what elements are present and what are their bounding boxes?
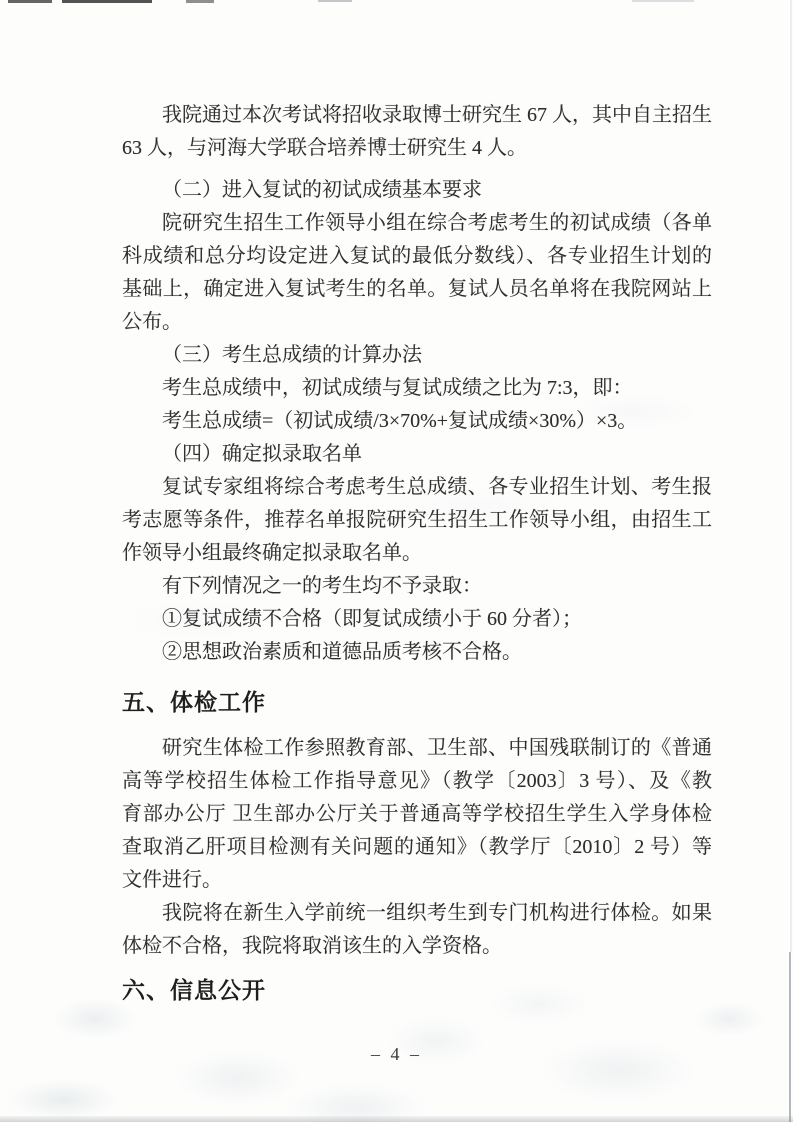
text-line: 院研究生招生工作领导小组在综合考虑考生的初试成绩（各单 bbox=[122, 207, 712, 240]
text-line: 科成绩和总分均设定进入复试的最低分数线）、各专业招生计划的 bbox=[122, 240, 712, 273]
text-line: 育部办公厅 卫生部办公厅关于普通高等学校招生学生入学身体检 bbox=[122, 798, 712, 831]
text-line: 基础上，确定进入复试考生的名单。复试人员名单将在我院网站上 bbox=[122, 273, 712, 306]
section-heading: 六、信息公开 bbox=[122, 973, 712, 1007]
text-line: （二）进入复试的初试成绩基本要求 bbox=[122, 174, 712, 207]
page-number: – 4 – bbox=[0, 1044, 793, 1064]
document-content: 我院通过本次考试将招收录取博士研究生 67 人，其中自主招生63 人，与河海大学… bbox=[122, 99, 712, 1007]
section-heading: 五、体检工作 bbox=[122, 685, 712, 719]
text-line: ②思想政治素质和道德品质考核不合格。 bbox=[122, 636, 712, 669]
text-line: （三）考生总成绩的计算办法 bbox=[122, 339, 712, 372]
text-line: ①复试成绩不合格（即复试成绩小于 60 分者）； bbox=[122, 603, 712, 636]
scanned-document-page: 我院通过本次考试将招收录取博士研究生 67 人，其中自主招生63 人，与河海大学… bbox=[0, 0, 793, 1122]
text-line: 我院将在新生入学前统一组织考生到专门机构进行体检。如果 bbox=[122, 897, 712, 930]
text-line: 高等学校招生体检工作指导意见》（教学〔2003〕3 号）、及《教 bbox=[122, 765, 712, 798]
text-line: 63 人，与河海大学联合培养博士研究生 4 人。 bbox=[122, 132, 712, 165]
text-line: 我院通过本次考试将招收录取博士研究生 67 人，其中自主招生 bbox=[122, 99, 712, 132]
text-line: 作领导小组最终确定拟录取名单。 bbox=[122, 537, 712, 570]
scan-edge-artifact bbox=[318, 0, 352, 2]
scan-edge-artifact bbox=[62, 0, 152, 3]
text-line: 体检不合格，我院将取消该生的入学资格。 bbox=[122, 930, 712, 963]
scan-edge-artifact bbox=[789, 952, 791, 1122]
text-line: 考生总成绩中，初试成绩与复试成绩之比为 7:3，即： bbox=[122, 372, 712, 405]
text-line: 有下列情况之一的考生均不予录取： bbox=[122, 570, 712, 603]
text-line: 查取消乙肝项目检测有关问题的通知》（教学厅〔2010〕2 号）等 bbox=[122, 831, 712, 864]
text-line: 考志愿等条件，推荐名单报院研究生招生工作领导小组，由招生工 bbox=[122, 504, 712, 537]
text-line: 文件进行。 bbox=[122, 864, 712, 897]
text-line: 复试专家组将综合考虑考生总成绩、各专业招生计划、考生报 bbox=[122, 471, 712, 504]
scan-edge-artifact bbox=[186, 0, 214, 3]
scan-edge-artifact bbox=[790, 0, 792, 952]
text-line: 考生总成绩=（初试成绩/3×70%+复试成绩×30%）×3。 bbox=[122, 405, 712, 438]
text-line: （四）确定拟录取名单 bbox=[122, 438, 712, 471]
scan-edge-artifact bbox=[8, 0, 52, 3]
text-line: 公布。 bbox=[122, 306, 712, 339]
scan-edge-artifact bbox=[0, 1116, 793, 1122]
scan-edge-artifact bbox=[632, 0, 694, 2]
text-line: 研究生体检工作参照教育部、卫生部、中国残联制订的《普通 bbox=[122, 732, 712, 765]
